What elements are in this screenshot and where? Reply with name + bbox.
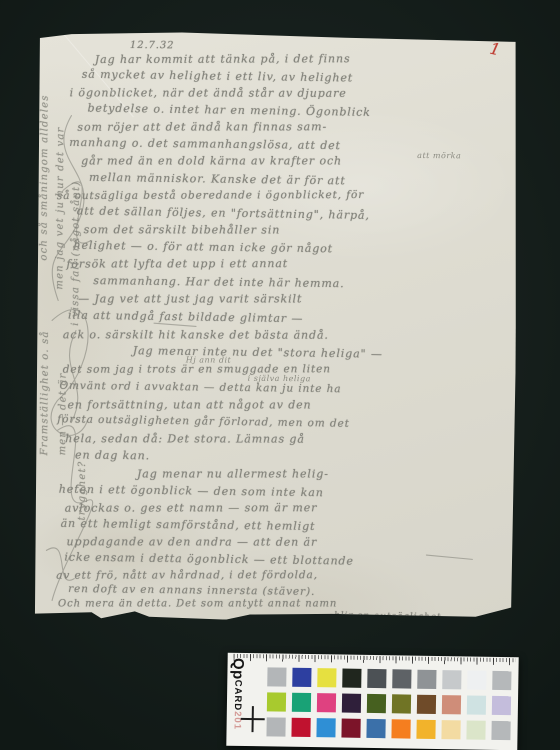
color-patch: [391, 719, 410, 738]
margin-note: och så småningom alldeles: [38, 94, 50, 260]
color-patch: [267, 667, 286, 686]
color-patch: [467, 670, 486, 689]
color-patch: [367, 669, 386, 688]
margin-note: men — det är: [57, 372, 69, 455]
page-number: 1: [488, 39, 502, 60]
color-patch: [341, 719, 360, 738]
color-patch: [442, 695, 461, 714]
margin-note: i vissa fall (något sånt): [70, 181, 82, 326]
interlinear-insertion: i själva heliga: [248, 374, 311, 383]
handwritten-line: avlockas o. ges ett namn — som är mer: [65, 501, 318, 514]
handwritten-line: ack o. särskilt hit kanske det bästa änd…: [63, 328, 329, 341]
color-patch: [492, 696, 511, 715]
ruler: [234, 654, 516, 666]
handwritten-line: icke ensam i detta ögonblick — ett blott…: [64, 551, 354, 568]
color-patch: [441, 720, 460, 739]
handwritten-line: så mycket av helighet i ett liv, av heli…: [82, 68, 354, 85]
margin-note: Framställighet o. så: [39, 330, 51, 455]
handwritten-line: i ögonblicket, när det ändå står av djup…: [70, 86, 347, 99]
color-patch: [466, 720, 485, 739]
color-patch: [342, 694, 361, 713]
handwritten-line: än ett hemligt samförstånd, ett hemligt: [61, 517, 316, 533]
handwritten-line: går med än en dold kärna av krafter och: [81, 155, 342, 168]
color-patch: [266, 717, 285, 736]
margin-note: men jag vet ju hur det var: [54, 126, 66, 289]
color-patch: [392, 694, 411, 713]
handwritten-line: Jag menar nu allermest helig-: [137, 468, 329, 481]
handwritten-line: en fortsättning, utan att något av den: [67, 398, 311, 411]
margin-notes-layer: och så småningom alldelesmen jag vet ju …: [38, 30, 518, 33]
handwritten-line: av ett frö, nått av hårdnad, i det fördo…: [56, 569, 318, 582]
handwritten-line: första outsägligheten går förlorad, men …: [57, 413, 350, 431]
color-patch: [292, 668, 311, 687]
handwritten-line: Jag menar inte nu det "stora heliga" —: [133, 344, 383, 360]
color-patch: [291, 718, 310, 737]
handwritten-line: helighet — o. för att man icke gör något: [73, 239, 333, 256]
color-patch: [267, 692, 286, 711]
color-patch: [317, 668, 336, 687]
handwriting-layer: Jag har kommit att tänka på, i det finns…: [38, 30, 518, 33]
margin-note: trygghet?: [77, 461, 88, 521]
handwritten-line: mellan människor. Kanske det är för att: [89, 171, 346, 188]
handwritten-line: som det särskilt bibehåller sin: [84, 223, 281, 236]
handwritten-line: — Jag vet att just jag varit särskilt: [78, 292, 302, 305]
handwritten-line: blir en outsäglighet.: [334, 610, 445, 625]
handwritten-line: Och mera än detta. Det som antytt annat …: [58, 597, 337, 610]
handwritten-line: att det sällan följes, en "fortsättning"…: [77, 204, 370, 222]
manuscript-paper: 1 12.7.32 Jag har kommit att tänka på, i…: [34, 30, 518, 621]
color-patch: [292, 693, 311, 712]
pencil-scribbles: [34, 30, 518, 621]
handwritten-line: heten i ett ögonblick — den som inte kan: [59, 483, 324, 500]
color-patch: [467, 695, 486, 714]
handwritten-line: illa att undgå fast bildade glimtar —: [68, 309, 303, 326]
insertions-layer: att mörkaHj ann diti själva heliga: [38, 30, 518, 33]
handwritten-line: manhang o. det sammanhangslösa, att det: [69, 136, 341, 152]
handwritten-line: uppdagande av den andra — att den är: [66, 535, 317, 548]
qpcard-logo-q: Qp: [229, 658, 246, 680]
handwritten-line: som röjer att det ändå kan finnas sam-: [77, 120, 327, 133]
scan-stage: 1 12.7.32 Jag har kommit att tänka på, i…: [0, 0, 560, 750]
interlinear-insertion: att mörka: [417, 151, 461, 160]
color-patch: [367, 694, 386, 713]
color-patch: [417, 670, 436, 689]
interlinear-insertion: Hj ann dit: [186, 355, 232, 364]
handwritten-line: försök att lyfta det upp i ett annat: [66, 257, 288, 270]
handwritten-line: så outsägliga bestå oberedande i ögonbli…: [57, 189, 364, 203]
color-patch: [442, 670, 461, 689]
handwritten-line: hela, sedan då: Det stora. Lämnas gå: [65, 432, 305, 445]
handwritten-line: Jag har kommit att tänka på, i det finns: [95, 52, 351, 66]
color-patch: [317, 693, 336, 712]
registration-cross-icon: [241, 706, 265, 732]
color-card: QpCARD201: [226, 653, 518, 750]
color-patch: [492, 671, 511, 690]
color-patch: [366, 719, 385, 738]
color-patch: [316, 718, 335, 737]
color-patch-grid: [266, 667, 511, 740]
color-patch: [416, 720, 435, 739]
color-patch: [392, 669, 411, 688]
date-line: 12.7.32: [130, 39, 175, 52]
color-patch: [491, 721, 510, 740]
color-patch: [342, 669, 361, 688]
handwritten-line: betydelse o. intet har en mening. Ögonbl…: [87, 101, 370, 118]
color-patch: [417, 695, 436, 714]
handwritten-line: sammanhang. Har det inte här hemma.: [93, 274, 344, 290]
